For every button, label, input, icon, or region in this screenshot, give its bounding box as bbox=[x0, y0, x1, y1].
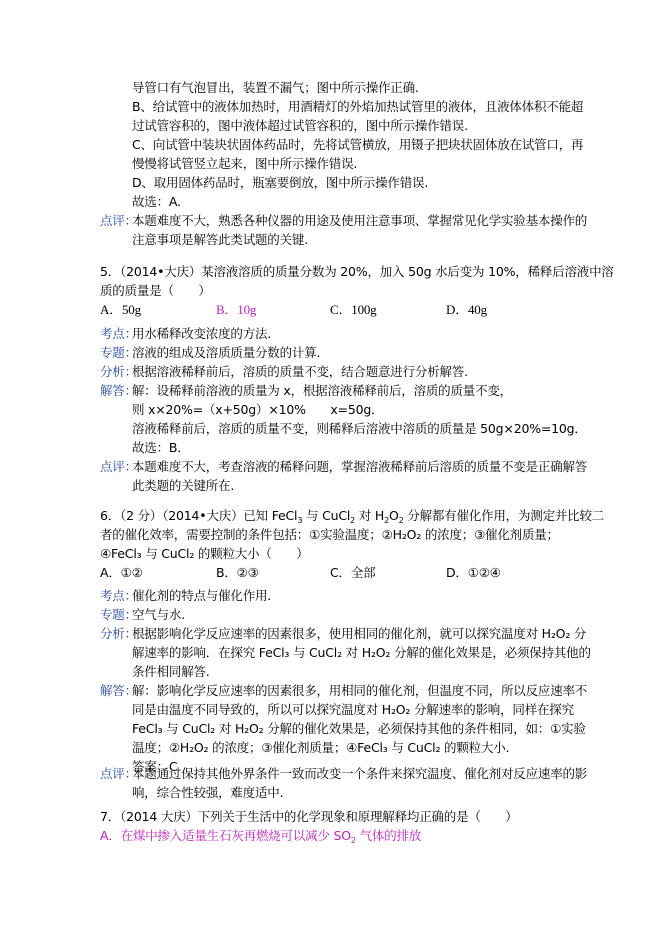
q5-option-a: A．50g bbox=[100, 302, 141, 318]
q6-option-b: B．②③ bbox=[216, 565, 259, 581]
q6-option-c: C．全部 bbox=[330, 565, 375, 581]
q5-option-c: C．100g bbox=[330, 302, 376, 318]
q6-option-a: A．①② bbox=[100, 565, 143, 581]
jieda-line: FeCl₃ 与 CuCl₂ 对 H₂O₂ 分解的催化效果是，必须保持其他的条件相… bbox=[132, 721, 586, 737]
q6-stem: ④FeCl₃ 与 CuCl₂ 的颗粒大小（ ） bbox=[100, 546, 309, 562]
q6-option-d: D．①②④ bbox=[446, 565, 501, 581]
jieda-line: 故选：B． bbox=[132, 440, 190, 456]
q6-stem-part: 对 H bbox=[355, 508, 384, 523]
fenxi-line: 解速率的影响．在探究 FeCl₃ 与 CuCl₂ 对 H₂O₂ 分解的催化效果是… bbox=[132, 645, 591, 661]
q6-stem-part: O bbox=[389, 508, 399, 523]
zhuanti-text: 空气与水. bbox=[132, 607, 185, 623]
jieda-line: 解：影响化学反应速率的因素很多，用相同的催化剂，但温度不同，所以反应速率不 bbox=[132, 683, 587, 699]
prev-solution-line: D、取用固体药品时，瓶塞要倒放，图中所示操作错误. bbox=[132, 175, 428, 191]
jieda-line: 解：设稀释前溶液的质量为 x，根据溶液稀释前后，溶质的质量不变， bbox=[132, 383, 512, 399]
comment-line: 注意事项是解答此类试题的关键. bbox=[132, 232, 308, 248]
jieda-line: 则 x×20%=（x+50g）×10% x=50g． bbox=[132, 402, 383, 418]
fenxi-text: 根据溶液稀释前后，溶质的质量不变，结合题意进行分析解答. bbox=[132, 364, 468, 380]
dianping-line: 本题难度不大，考查溶液的稀释问题，掌握溶液稀释前后溶质的质量不变是正确解答 bbox=[132, 459, 587, 475]
q6-stem-part: 与 CuCl bbox=[302, 508, 350, 523]
q5-stem: 5．（2014•大庆）某溶液溶质的质量分数为 20%，加入 50g 水后变为 1… bbox=[100, 264, 614, 280]
fenxi-line: 条件相同解答. bbox=[132, 664, 210, 680]
q6-stem: 者的催化效率，需要控制的条件包括：①实验温度；②H₂O₂ 的浓度；③催化剂质量； bbox=[100, 527, 559, 543]
jieda-line: 同是由温度不同导致的，所以可以探究温度对 H₂O₂ 分解速率的影响，同样在探究 bbox=[132, 702, 574, 718]
q7-option-a-text: 气体的排放 bbox=[356, 828, 421, 843]
jieda-line: 溶液稀释前后，溶质的质量不变，则稀释后溶液中溶质的质量是 50g×20%=10g… bbox=[132, 421, 587, 437]
comment-line: 本题难度不大，熟悉各种仪器的用途及使用注意事项、掌握常见化学实验基本操作的 bbox=[132, 213, 587, 229]
document-page: 导管口有气泡冒出，装置不漏气；图中所示操作正确. B、给试管中的液体加热时，用酒… bbox=[0, 0, 661, 935]
q7-option-a-correct: A．在煤中掺入适量生石灰再燃烧可以减少 SO2 气体的排放 bbox=[100, 828, 421, 844]
q7-stem: 7．（2014 大庆）下列关于生活中的化学现象和原理解释均正确的是（ ） bbox=[100, 809, 518, 825]
q7-option-a-text: A．在煤中掺入适量生石灰再燃烧可以减少 SO bbox=[100, 828, 351, 843]
kaodian-text: 用水稀释改变浓度的方法. bbox=[132, 326, 271, 342]
prev-solution-line: 导管口有气泡冒出，装置不漏气；图中所示操作正确. bbox=[132, 80, 419, 96]
q6-stem-part: 分解都有催化作用，为测定并比较二 bbox=[404, 508, 605, 523]
dianping-line: 本题通过保持其他外界条件一致而改变一个条件来探究温度、催化剂对反应速率的影 bbox=[132, 766, 587, 782]
q6-stem: 6．（2 分）（2014•大庆）已知 FeCl3 与 CuCl2 对 H2O2 … bbox=[100, 508, 604, 524]
prev-solution-line: 故选：A. bbox=[132, 194, 181, 210]
prev-solution-line: C、向试管中装块状固体药品时，先将试管横放，用镊子把块状固体放在试管口，再 bbox=[132, 137, 583, 153]
kaodian-text: 催化剂的特点与催化作用. bbox=[132, 588, 271, 604]
prev-solution-line: 慢慢将试管竖立起来，图中所示操作错误. bbox=[132, 156, 357, 172]
dianping-line: 此类题的关键所在. bbox=[132, 478, 234, 494]
zhuanti-text: 溶液的组成及溶质质量分数的计算. bbox=[132, 345, 320, 361]
prev-solution-line: 过试管容积的，图中液体超过试管容积的，图中所示操作错误. bbox=[132, 118, 468, 134]
dianping-line: 响，综合性较强，难度适中. bbox=[132, 785, 283, 801]
prev-solution-line: B、给试管中的液体加热时，用酒精灯的外焰加热试管里的液体，且液体体积不能超 bbox=[132, 99, 583, 115]
fenxi-line: 根据影响化学反应速率的因素很多，使用相同的催化剂，就可以探究温度对 H₂O₂ 分 bbox=[132, 626, 586, 642]
q6-stem-part: 6．（2 分）（2014•大庆）已知 FeCl bbox=[100, 508, 297, 523]
q5-option-d: D．40g bbox=[446, 302, 487, 318]
q5-option-b-correct: B．10g bbox=[216, 302, 256, 318]
jieda-line: 温度；②H₂O₂ 的浓度；③催化剂质量；④FeCl₃ 与 CuCl₂ 的颗粒大小… bbox=[132, 740, 509, 756]
q5-stem: 质的质量是（ ） bbox=[100, 283, 211, 299]
